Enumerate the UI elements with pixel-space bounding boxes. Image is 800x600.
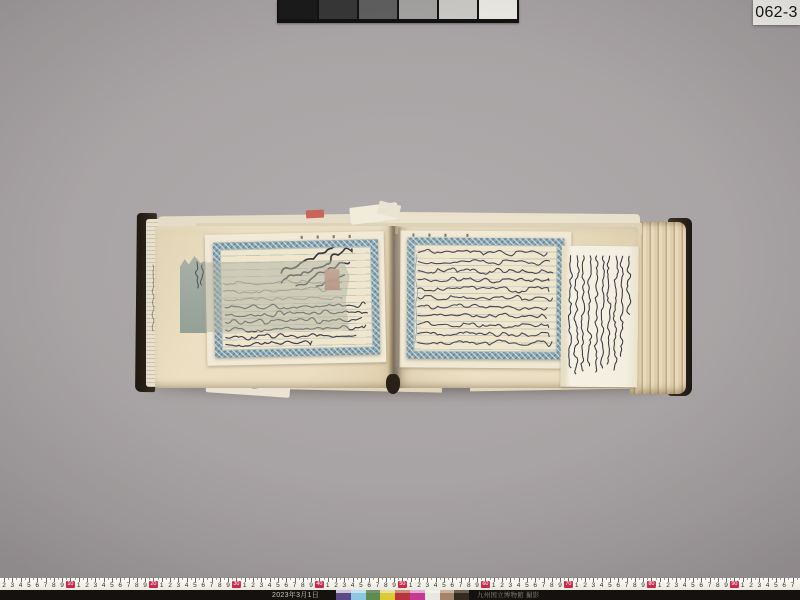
ruler-half-tick	[249, 578, 250, 580]
ruler-half-tick	[25, 578, 26, 580]
ruler-half-tick	[622, 578, 623, 580]
ruler-half-tick	[423, 578, 424, 580]
ruler-half-tick	[448, 578, 449, 580]
ruler-number: 6	[118, 582, 122, 590]
grayscale-patch	[399, 0, 437, 19]
ruler-number: 1	[492, 582, 496, 590]
ruler-ten-marker: 60	[481, 581, 489, 588]
ruler-half-tick	[614, 578, 615, 580]
ruler-number: 8	[716, 582, 720, 590]
ruler-half-tick	[199, 578, 200, 580]
letter-right-blue-border	[407, 237, 565, 359]
ruler-number: 3	[757, 582, 761, 590]
ruler-half-tick	[50, 578, 51, 580]
ruler-half-tick	[166, 578, 167, 580]
ruler-half-tick	[531, 578, 532, 580]
ruler-number: 4	[268, 582, 272, 590]
ruler-half-tick	[75, 578, 76, 580]
ruler-number: 2	[500, 582, 504, 590]
ruler-number: 4	[517, 582, 521, 590]
ruler-half-tick	[241, 578, 242, 580]
color-patch	[380, 590, 395, 600]
ruler-number: 2	[251, 582, 255, 590]
ruler-number: 3	[425, 582, 429, 590]
ruler-half-tick	[780, 578, 781, 580]
ruler-number: 9	[309, 582, 313, 590]
ruler-half-tick	[797, 578, 798, 580]
ruler-ten-marker: 90	[730, 581, 738, 588]
color-patch	[336, 590, 351, 600]
ruler-half-tick	[739, 578, 740, 580]
ruler-number: 7	[708, 582, 712, 590]
color-patch	[410, 590, 425, 600]
ruler-number: 4	[434, 582, 438, 590]
ruler-half-tick	[324, 578, 325, 580]
ruler-half-tick	[290, 578, 291, 580]
ruler-number: 2	[2, 582, 6, 590]
ruler-half-tick	[191, 578, 192, 580]
ruler-half-tick	[257, 578, 258, 580]
letter-right-paper	[414, 245, 558, 353]
grayscale-patch	[439, 0, 477, 19]
ruler-ten-marker: 10	[66, 581, 74, 588]
ruler-half-tick	[33, 578, 34, 580]
ruler-half-tick	[66, 578, 67, 580]
ruler-half-tick	[357, 578, 358, 580]
ruler-number: 3	[591, 582, 595, 590]
ruler-number: 5	[608, 582, 612, 590]
ruler-number: 7	[210, 582, 214, 590]
ruler-number: 5	[774, 582, 778, 590]
ruler-half-tick	[656, 578, 657, 580]
grayscale-patch	[319, 0, 357, 19]
ruler-number: 7	[127, 582, 131, 590]
ruler-number: 4	[600, 582, 604, 590]
ruler-half-tick	[581, 578, 582, 580]
ruler-number: 9	[475, 582, 479, 590]
ruler-number: 3	[508, 582, 512, 590]
ruler-half-tick	[456, 578, 457, 580]
ruler-number: 6	[35, 582, 39, 590]
ruler-half-tick	[564, 578, 565, 580]
ruler-half-tick	[8, 578, 9, 580]
ruler-half-tick	[58, 578, 59, 580]
ruler-number: 2	[85, 582, 89, 590]
ruler-half-tick	[473, 578, 474, 580]
ruler-number: 4	[683, 582, 687, 590]
ruler-number: 1	[160, 582, 164, 590]
measuring-ruler: 2345678910123456789201234567893012345678…	[0, 577, 800, 590]
ruler-number: 3	[674, 582, 678, 590]
museum-credit: 九州国立博物館 撮影	[477, 592, 539, 600]
ruler-half-tick	[216, 578, 217, 580]
ruler-number: 4	[102, 582, 106, 590]
ruler-number: 4	[185, 582, 189, 590]
ruler-half-tick	[689, 578, 690, 580]
ruler-number: 4	[19, 582, 23, 590]
ruler-half-tick	[705, 578, 706, 580]
ruler-number: 9	[143, 582, 147, 590]
ruler-number: 6	[284, 582, 288, 590]
ruler-half-tick	[83, 578, 84, 580]
ruler-number: 8	[384, 582, 388, 590]
ruler-number: 1	[326, 582, 330, 590]
ruler-half-tick	[149, 578, 150, 580]
ruler-number: 2	[583, 582, 587, 590]
ruler-ten-marker: 20	[149, 581, 157, 588]
ruler-number: 9	[392, 582, 396, 590]
ruler-half-tick	[365, 578, 366, 580]
ruler-number: 8	[467, 582, 471, 590]
ruler-number: 2	[749, 582, 753, 590]
ruler-half-tick	[174, 578, 175, 580]
ruler-half-tick	[498, 578, 499, 580]
ruler-number: 1	[741, 582, 745, 590]
ruler-half-tick	[465, 578, 466, 580]
printed-mark	[317, 236, 319, 239]
ruler-half-tick	[431, 578, 432, 580]
ruler-half-tick	[664, 578, 665, 580]
ruler-half-tick	[597, 578, 598, 580]
ruler-half-tick	[755, 578, 756, 580]
ruler-ten-marker: 40	[315, 581, 323, 588]
ruler-number: 5	[691, 582, 695, 590]
ruler-number: 1	[77, 582, 81, 590]
ruler-number: 7	[376, 582, 380, 590]
ruler-half-tick	[490, 578, 491, 580]
ruler-number: 7	[459, 582, 463, 590]
color-patch	[454, 590, 469, 600]
ruler-half-tick	[315, 578, 316, 580]
ruler-number: 6	[201, 582, 205, 590]
ruler-half-tick	[274, 578, 275, 580]
ruler-number: 7	[791, 582, 795, 590]
ruler-number: 2	[666, 582, 670, 590]
ruler-half-tick	[548, 578, 549, 580]
ruler-number: 4	[351, 582, 355, 590]
ruler-half-tick	[788, 578, 789, 580]
ruler-number: 8	[218, 582, 222, 590]
ruler-half-tick	[124, 578, 125, 580]
ruler-half-tick	[506, 578, 507, 580]
ruler-ten-marker: 50	[398, 581, 406, 588]
handwriting-right-letter	[414, 245, 558, 353]
ruler-number: 5	[193, 582, 197, 590]
ruler-half-tick	[141, 578, 142, 580]
ruler-number: 2	[168, 582, 172, 590]
ruler-number: 3	[10, 582, 14, 590]
ruler-half-tick	[299, 578, 300, 580]
vertical-handwriting-columns	[560, 246, 638, 388]
ruler-half-tick	[722, 578, 723, 580]
ruler-number: 7	[625, 582, 629, 590]
ruler-number: 9	[558, 582, 562, 590]
ruler-half-tick	[639, 578, 640, 580]
ruler-half-tick	[382, 578, 383, 580]
ruler-half-tick	[523, 578, 524, 580]
ruler-half-tick	[556, 578, 557, 580]
ruler-half-tick	[407, 578, 408, 580]
ruler-half-tick	[647, 578, 648, 580]
ruler-number: 5	[110, 582, 114, 590]
photo-canvas: 062-3	[0, 0, 800, 600]
ruler-half-tick	[747, 578, 748, 580]
ruler-half-tick	[539, 578, 540, 580]
ruler-half-tick	[265, 578, 266, 580]
grayscale-patch	[359, 0, 397, 19]
printed-mark	[466, 234, 468, 237]
ruler-number: 9	[226, 582, 230, 590]
ruler-number: 5	[27, 582, 31, 590]
book-gutter-shadow	[388, 226, 402, 389]
ruler-half-tick	[390, 578, 391, 580]
ruler-half-tick	[730, 578, 731, 580]
ruler-number: 6	[699, 582, 703, 590]
ruler-half-tick	[415, 578, 416, 580]
ruler-half-tick	[116, 578, 117, 580]
ruler-number: 9	[60, 582, 64, 590]
ruler-number: 8	[550, 582, 554, 590]
ruler-number: 8	[301, 582, 305, 590]
printed-mark	[333, 235, 335, 238]
ruler-half-tick	[16, 578, 17, 580]
ruler-number: 7	[44, 582, 48, 590]
ruler-number: 1	[243, 582, 247, 590]
ruler-half-tick	[481, 578, 482, 580]
photo-id-label: 062-3	[753, 0, 800, 25]
ruler-half-tick	[41, 578, 42, 580]
ruler-half-tick	[182, 578, 183, 580]
ruler-half-tick	[133, 578, 134, 580]
color-patch	[440, 590, 455, 600]
ruler-number: 5	[442, 582, 446, 590]
ruler-number: 8	[135, 582, 139, 590]
ruler-half-tick	[99, 578, 100, 580]
ruler-half-tick	[332, 578, 333, 580]
capture-date: 2023年3月1日	[272, 591, 319, 600]
protruding-red-slip	[306, 210, 324, 219]
ruler-half-tick	[672, 578, 673, 580]
ruler-number: 1	[658, 582, 662, 590]
printed-mark	[428, 234, 430, 237]
ruler-number: 3	[342, 582, 346, 590]
ruler-number: 5	[276, 582, 280, 590]
ruler-number: 3	[176, 582, 180, 590]
ruler-half-tick	[158, 578, 159, 580]
ruler-number: 4	[766, 582, 770, 590]
grayscale-patch	[479, 0, 517, 19]
color-patch	[425, 590, 440, 600]
ruler-number: 1	[409, 582, 413, 590]
ruler-half-tick	[714, 578, 715, 580]
ruler-number: 3	[259, 582, 263, 590]
ruler-number: 2	[334, 582, 338, 590]
photo-id-text: 062-3	[755, 4, 797, 22]
ruler-number: 5	[359, 582, 363, 590]
ruler-half-tick	[772, 578, 773, 580]
ruler-half-tick	[282, 578, 283, 580]
printed-mark	[412, 233, 414, 236]
color-patch	[351, 590, 366, 600]
ruler-number: 5	[525, 582, 529, 590]
ruler-half-tick	[348, 578, 349, 580]
ruler-number: 6	[782, 582, 786, 590]
ruler-number: 8	[52, 582, 56, 590]
grayscale-patch	[279, 0, 317, 19]
ruler-ten-marker: 30	[232, 581, 240, 588]
ruler-half-tick	[697, 578, 698, 580]
ruler-number: 6	[367, 582, 371, 590]
ruler-number: 7	[293, 582, 297, 590]
ruler-number: 7	[542, 582, 546, 590]
ruler-half-tick	[573, 578, 574, 580]
ruler-number: 6	[616, 582, 620, 590]
ruler-ten-marker: 70	[564, 581, 572, 588]
ruler-half-tick	[207, 578, 208, 580]
ruler-half-tick	[440, 578, 441, 580]
ruler-number: 8	[633, 582, 637, 590]
color-patch	[395, 590, 410, 600]
ruler-half-tick	[589, 578, 590, 580]
vertical-manuscript-sheet	[560, 246, 638, 388]
printed-mark	[444, 234, 446, 237]
ruler-half-tick	[307, 578, 308, 580]
grayscale-calibration-bar	[277, 0, 519, 23]
ruler-number: 1	[575, 582, 579, 590]
footer-strip: 2023年3月1日 九州国立博物館 撮影	[0, 590, 800, 600]
ruler-half-tick	[340, 578, 341, 580]
ruler-number: 9	[641, 582, 645, 590]
ruler-half-tick	[373, 578, 374, 580]
book-gutter-notch	[386, 374, 400, 394]
ruler-half-tick	[514, 578, 515, 580]
ruler-half-tick	[91, 578, 92, 580]
printed-mark	[349, 235, 351, 238]
ruler-half-tick	[398, 578, 399, 580]
ruler-half-tick	[680, 578, 681, 580]
ruler-half-tick	[232, 578, 233, 580]
tissue-interleaf-overlay	[203, 260, 350, 333]
ruler-half-tick	[631, 578, 632, 580]
printed-mark	[301, 236, 303, 239]
ruler-half-tick	[108, 578, 109, 580]
ruler-ten-marker: 80	[647, 581, 655, 588]
ruler-half-tick	[606, 578, 607, 580]
ruler-number: 2	[417, 582, 421, 590]
color-calibration-bar	[336, 590, 469, 600]
ruler-number: 3	[93, 582, 97, 590]
ruler-number: 6	[450, 582, 454, 590]
ruler-half-tick	[763, 578, 764, 580]
color-patch	[366, 590, 381, 600]
ruler-number: 9	[724, 582, 728, 590]
ruler-half-tick	[224, 578, 225, 580]
ruler-number: 6	[533, 582, 537, 590]
